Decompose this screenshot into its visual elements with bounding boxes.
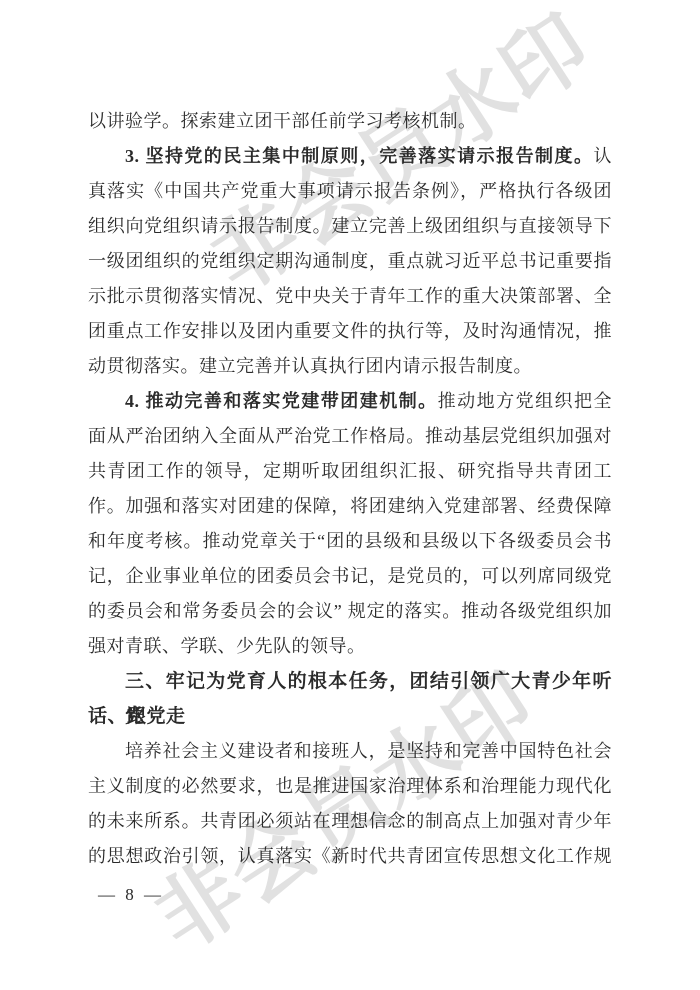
paragraph-text: 推动地方党组织把全 — [438, 391, 612, 411]
body-line: 作。加强和落实对团建的保障，将团建纳入党建部署、经费保障 — [88, 489, 612, 524]
document-body: 以讲验学。探索建立团干部任前学习考核机制。 3. 坚持党的民主集中制原则，完善落… — [88, 104, 612, 874]
body-line: 3. 坚持党的民主集中制原则，完善落实请示报告制度。认 — [88, 139, 612, 174]
body-line: 的委员会和常务委员会的会议” 规定的落实。推动各级党组织加 — [88, 594, 612, 629]
body-line: 真落实《中国共产党重大事项请示报告条例》，严格执行各级团 — [88, 174, 612, 209]
section-heading-line: 三、牢记为党育人的根本任务，团结引领广大青少年听党 — [88, 664, 612, 699]
body-line: 组织向党组织请示报告制度。建立完善上级团组织与直接领导下 — [88, 209, 612, 244]
paragraph-lead: 4. 推动完善和落实党建带团建机制。 — [125, 391, 438, 411]
body-line: 动贯彻落实。建立完善并认真执行团内请示报告制度。 — [88, 349, 612, 384]
body-line: 强对青联、学联、少先队的领导。 — [88, 629, 612, 664]
body-line: 以讲验学。探索建立团干部任前学习考核机制。 — [88, 104, 612, 139]
body-line: 和年度考核。推动党章关于“团的县级和县级以下各级委员会书 — [88, 524, 612, 559]
body-line: 的思想政治引领，认真落实《新时代共青团宣传思想文化工作规 — [88, 839, 612, 874]
body-line: 示批示贯彻落实情况、党中央关于青年工作的重大决策部署、全 — [88, 279, 612, 314]
body-line: 团重点工作安排以及团内重要文件的执行等，及时沟通情况，推 — [88, 314, 612, 349]
body-line: 面从严治团纳入全面从严治党工作格局。推动基层党组织加强对 — [88, 419, 612, 454]
page-number: — 8 — — [98, 884, 164, 906]
body-line: 的未来所系。共青团必须站在理想信念的制高点上加强对青少年 — [88, 804, 612, 839]
section-heading-line: 话、跟党走 — [88, 699, 612, 734]
paragraph-text: 认 — [594, 146, 613, 166]
body-line: 主义制度的必然要求，也是推进国家治理体系和治理能力现代化 — [88, 769, 612, 804]
body-line: 4. 推动完善和落实党建带团建机制。推动地方党组织把全 — [88, 384, 612, 419]
body-line: 共青团工作的领导，定期听取团组织汇报、研究指导共青团工 — [88, 454, 612, 489]
paragraph-lead: 3. 坚持党的民主集中制原则，完善落实请示报告制度。 — [125, 146, 594, 166]
body-line: 记，企业事业单位的团委员会书记，是党员的，可以列席同级党 — [88, 559, 612, 594]
body-line: 培养社会主义建设者和接班人，是坚持和完善中国特色社会 — [88, 734, 612, 769]
document-page: 非会员水印 非会员水印 以讲验学。探索建立团干部任前学习考核机制。 3. 坚持党… — [0, 0, 700, 990]
body-line: 一级团组织的党组织定期沟通制度，重点就习近平总书记重要指 — [88, 244, 612, 279]
